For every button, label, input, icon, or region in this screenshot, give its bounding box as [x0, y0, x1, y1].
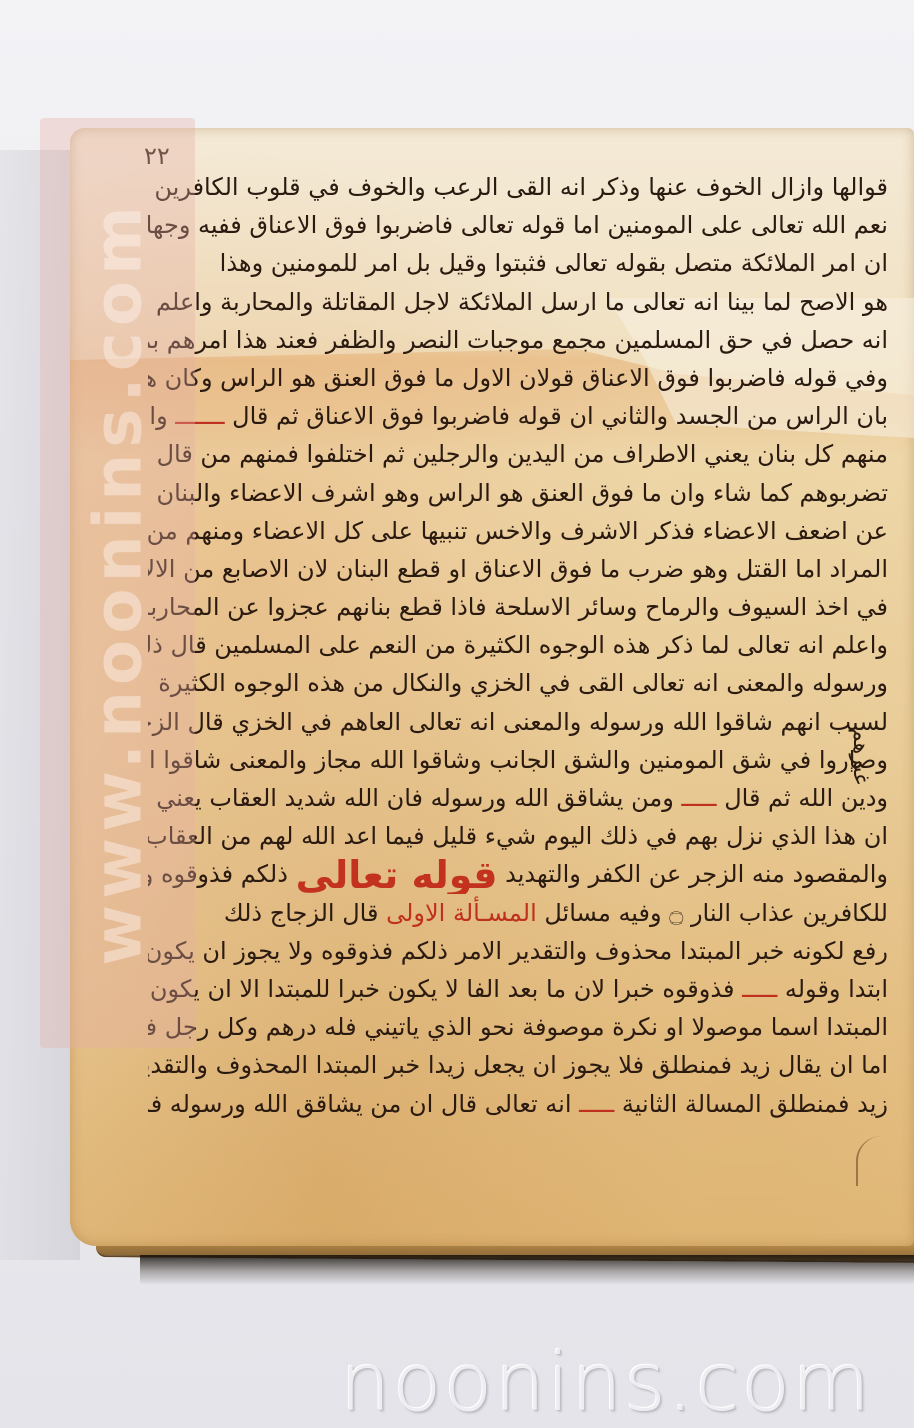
text-line: اما ان يقال زيد فمنطلق فلا يجوز ان يجعل …: [148, 1046, 888, 1084]
text-segment: فذوقوه خبرا لان ما بعد الفا لا يكون خبرا…: [150, 975, 742, 1003]
text-line: منهم كل بنان يعني الاطراف من اليدين والر…: [148, 435, 888, 473]
text-line: هو الاصح لما بينا انه تعالى ما ارسل المل…: [148, 283, 888, 321]
text-line-with-heading: والمقصود منه الزجر عن الكفر والتهديد قول…: [148, 855, 888, 893]
text-line: قوالها وازال الخوف عنها وذكر انه القى ال…: [148, 168, 888, 206]
text-line: وصاروا في شق المومنين والشق الجانب وشاقو…: [148, 741, 888, 779]
text-line: ورسوله والمعنى انه تعالى القى في الخزي و…: [148, 664, 888, 702]
text-segment: زيد فمنطلق المسالة الثانية: [614, 1090, 888, 1118]
text-line: زيد فمنطلق المسالة الثانية ـــــ انه تعا…: [148, 1085, 888, 1123]
rubric-section-label: المسـألة الاولى: [386, 899, 537, 927]
vertical-watermark-band: www.noonins.com: [40, 118, 195, 1048]
text-line: انه حصل في حق المسلمين مجمع موجبات النصر…: [148, 321, 888, 359]
text-segment: ودين الله ثم قال: [717, 784, 888, 812]
text-segment: انه تعالى قال ان من يشاقق الله ورسوله فا…: [148, 1090, 579, 1118]
text-line: وفي قوله فاضربوا فوق الاعناق قولان الاول…: [148, 359, 888, 397]
text-line: في اخذ السيوف والرماح وسائر الاسلحة فاذا…: [148, 588, 888, 626]
vertical-watermark-text: www.noonins.com: [79, 200, 156, 966]
manuscript-text-block: قوالها وازال الخوف عنها وذكر انه القى ال…: [148, 168, 888, 1123]
rubric-heading: قوله تعالى: [296, 855, 498, 893]
text-line: نعم الله تعالى على المومنين اما قوله تعا…: [148, 206, 888, 244]
book-shadow: [140, 1255, 914, 1285]
page-corner-curl: [856, 1136, 908, 1186]
text-line: ابتدا وقوله ـــــ فذوقوه خبرا لان ما بعد…: [148, 970, 888, 1008]
text-line: لسبب انهم شاقوا الله ورسوله والمعنى انه …: [148, 703, 888, 741]
rubric-overline: ـــــ: [579, 1090, 614, 1118]
text-line: عن اضعف الاعضاء فذكر الاشرف والاخس تنبيه…: [148, 512, 888, 550]
text-segment: للكافرين عذاب النار ۝ وفيه مسائل: [537, 899, 888, 927]
text-segment: بان الراس من الجسد والثاني ان قوله فاضرب…: [225, 402, 888, 430]
text-line: المراد اما القتل وهو ضرب ما فوق الاعناق …: [148, 550, 888, 588]
marginal-note: غيرهم: [848, 728, 873, 785]
text-line: ان امر الملائكة متصل بقوله تعالى فثبتوا …: [148, 244, 888, 282]
footer-watermark: noonins.com: [340, 1336, 872, 1428]
text-segment: ومن يشاقق الله ورسوله فان الله شديد العق…: [156, 784, 681, 812]
manuscript-page: ٢٢ قوالها وازال الخوف عنها وذكر انه القى…: [70, 128, 914, 1246]
text-segment: والمقصود منه الزجر عن الكفر والتهديد: [498, 860, 888, 888]
rubric-overline: ـــــ: [742, 975, 777, 1003]
text-line: بان الراس من الجسد والثاني ان قوله فاضرب…: [148, 397, 888, 435]
text-segment: قال الزجاج ذلك: [224, 899, 386, 927]
text-line: ودين الله ثم قال ـــــ ومن يشاقق الله ور…: [148, 779, 888, 817]
text-line: للكافرين عذاب النار ۝ وفيه مسائل المسـأل…: [148, 894, 888, 932]
text-line: تضربوهم كما شاء وان ما فوق العنق هو الرا…: [148, 474, 888, 512]
text-segment: ابتدا وقوله: [777, 975, 888, 1003]
text-line: واعلم انه تعالى لما ذكر هذه الوجوه الكثي…: [148, 626, 888, 664]
text-line: ان هذا الذي نزل بهم في ذلك اليوم شيء قلي…: [148, 817, 888, 855]
text-line: رفع لكونه خبر المبتدا محذوف والتقدير الا…: [148, 932, 888, 970]
text-line: المبتدا اسما موصولا او نكرة موصوفة نحو ا…: [148, 1008, 888, 1046]
rubric-overline: ـــــ: [681, 784, 716, 812]
